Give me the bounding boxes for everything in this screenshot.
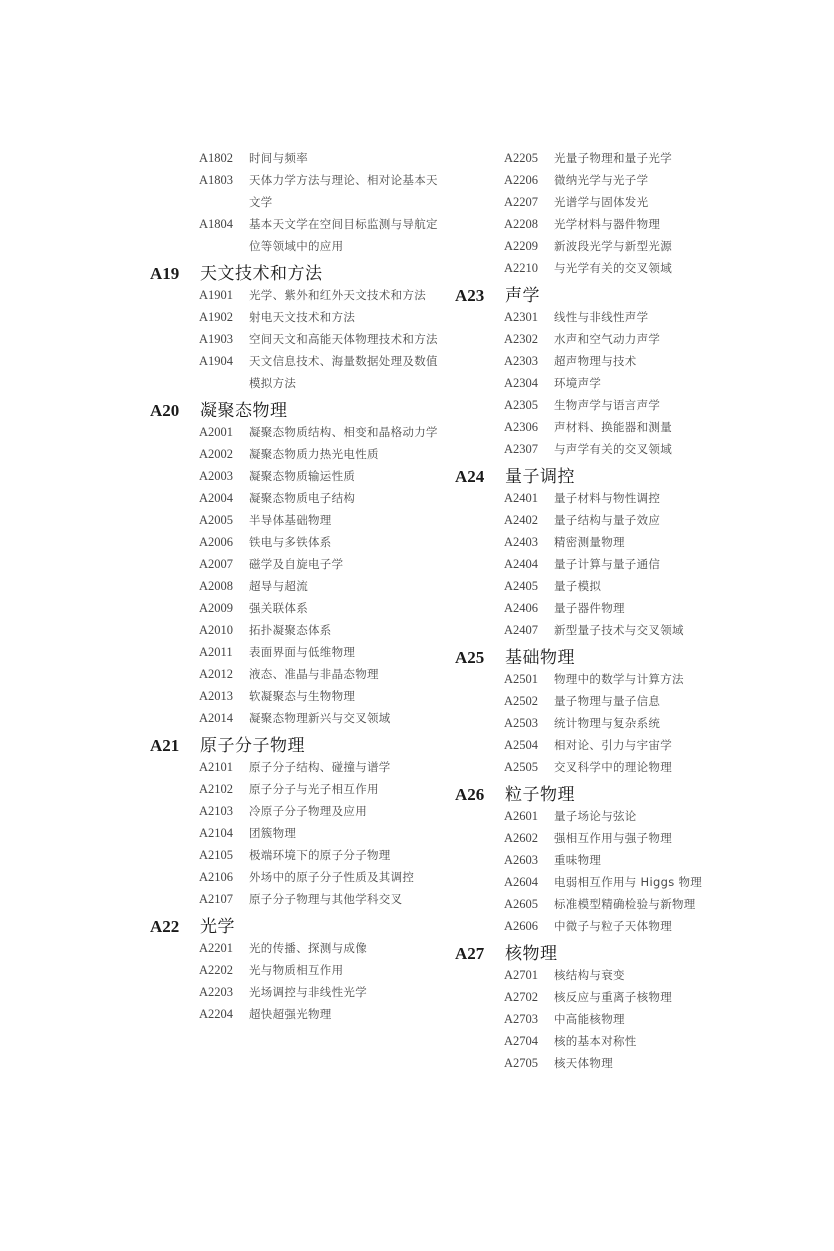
- item-text: 时间与频率: [249, 147, 439, 169]
- list-item: A1904天文信息技术、海量数据处理及数值模拟方法: [150, 350, 450, 394]
- section-heading: A27核物理: [455, 939, 735, 963]
- list-item: A2010拓扑凝聚态体系: [150, 619, 450, 641]
- item-code: A2603: [504, 849, 554, 871]
- list-item: A2203光场调控与非线性光学: [150, 981, 450, 1003]
- item-code: A2606: [504, 915, 554, 937]
- item-code: A2012: [199, 663, 249, 685]
- list-item: A2206微纳光学与光子学: [455, 169, 735, 191]
- item-text: 核结构与衰变: [554, 964, 735, 986]
- item-code: A2307: [504, 438, 554, 460]
- item-code: A2402: [504, 509, 554, 531]
- item-code: A1901: [199, 284, 249, 306]
- item-text: 量子计算与量子通信: [554, 553, 735, 575]
- item-text: 凝聚态物质电子结构: [249, 487, 439, 509]
- item-code: A2002: [199, 443, 249, 465]
- item-text: 冷原子分子物理及应用: [249, 800, 439, 822]
- item-code: A2101: [199, 756, 249, 778]
- item-code: A2010: [199, 619, 249, 641]
- item-text: 光与物质相互作用: [249, 959, 439, 981]
- list-item: A2505交叉科学中的理论物理: [455, 756, 735, 778]
- item-code: A2403: [504, 531, 554, 553]
- item-text: 原子分子与光子相互作用: [249, 778, 439, 800]
- item-text: 精密测量物理: [554, 531, 735, 553]
- item-code: A2605: [504, 893, 554, 915]
- item-text: 新型量子技术与交叉领域: [554, 619, 735, 641]
- list-item: A2012液态、准晶与非晶态物理: [150, 663, 450, 685]
- section-code: A24: [455, 467, 505, 487]
- list-item: A2705核天体物理: [455, 1052, 735, 1074]
- item-text: 原子分子结构、碰撞与谱学: [249, 756, 439, 778]
- item-text: 天体力学方法与理论、相对论基本天文学: [249, 169, 439, 213]
- item-code: A2205: [504, 147, 554, 169]
- item-code: A2210: [504, 257, 554, 279]
- section-heading: A24量子调控: [455, 462, 735, 486]
- item-text: 物理中的数学与计算方法: [554, 668, 735, 690]
- item-code: A2305: [504, 394, 554, 416]
- item-text: 电弱相互作用与 Higgs 物理: [554, 871, 735, 893]
- list-item: A1803天体力学方法与理论、相对论基本天文学: [150, 169, 450, 213]
- list-item: A2002凝聚态物质力热光电性质: [150, 443, 450, 465]
- item-code: A2201: [199, 937, 249, 959]
- list-item: A2201光的传播、探测与成像: [150, 937, 450, 959]
- section-code: A20: [150, 401, 200, 421]
- item-text: 光谱学与固体发光: [554, 191, 735, 213]
- list-item: A1902射电天文技术和方法: [150, 306, 450, 328]
- list-item: A2004凝聚态物质电子结构: [150, 487, 450, 509]
- item-text: 空间天文和高能天体物理技术和方法: [249, 328, 439, 350]
- item-text: 重味物理: [554, 849, 735, 871]
- list-item: A2603重味物理: [455, 849, 735, 871]
- list-item: A2003凝聚态物质输运性质: [150, 465, 450, 487]
- item-text: 拓扑凝聚态体系: [249, 619, 439, 641]
- item-text: 凝聚态物质力热光电性质: [249, 443, 439, 465]
- section-code: A19: [150, 264, 200, 284]
- item-text: 半导体基础物理: [249, 509, 439, 531]
- item-code: A2207: [504, 191, 554, 213]
- item-code: A1802: [199, 147, 249, 169]
- list-item: A2402量子结构与量子效应: [455, 509, 735, 531]
- list-item: A2604电弱相互作用与 Higgs 物理: [455, 871, 735, 893]
- item-code: A2407: [504, 619, 554, 641]
- item-code: A2302: [504, 328, 554, 350]
- item-code: A2105: [199, 844, 249, 866]
- section-heading: A26粒子物理: [455, 780, 735, 804]
- list-item: A2103冷原子分子物理及应用: [150, 800, 450, 822]
- item-code: A2504: [504, 734, 554, 756]
- list-item: A2202光与物质相互作用: [150, 959, 450, 981]
- section-code: A25: [455, 648, 505, 668]
- item-code: A2004: [199, 487, 249, 509]
- section-title: 基础物理: [505, 643, 575, 668]
- list-item: A2406量子器件物理: [455, 597, 735, 619]
- item-code: A2301: [504, 306, 554, 328]
- list-item: A2009强关联体系: [150, 597, 450, 619]
- list-item: A2301线性与非线性声学: [455, 306, 735, 328]
- list-item: A2605标准模型精确检验与新物理: [455, 893, 735, 915]
- item-text: 量子物理与量子信息: [554, 690, 735, 712]
- left-column: A1802时间与频率 A1803天体力学方法与理论、相对论基本天文学 A1804…: [150, 147, 450, 1025]
- item-code: A2602: [504, 827, 554, 849]
- list-item: A2601量子场论与弦论: [455, 805, 735, 827]
- item-code: A2107: [199, 888, 249, 910]
- section-title: 粒子物理: [505, 780, 575, 805]
- section-title: 核物理: [505, 939, 558, 964]
- item-text: 极端环境下的原子分子物理: [249, 844, 439, 866]
- list-item: A2307与声学有关的交叉领域: [455, 438, 735, 460]
- list-item: A2207光谱学与固体发光: [455, 191, 735, 213]
- item-text: 相对论、引力与宇宙学: [554, 734, 735, 756]
- list-item: A2013软凝聚态与生物物理: [150, 685, 450, 707]
- list-item: A2703中高能核物理: [455, 1008, 735, 1030]
- section-heading: A19天文技术和方法: [150, 259, 450, 283]
- item-text: 统计物理与复杂系统: [554, 712, 735, 734]
- list-item: A2014凝聚态物理新兴与交叉领域: [150, 707, 450, 729]
- item-text: 软凝聚态与生物物理: [249, 685, 439, 707]
- list-item: A2701核结构与衰变: [455, 964, 735, 986]
- item-code: A2703: [504, 1008, 554, 1030]
- item-text: 超快超强光物理: [249, 1003, 439, 1025]
- list-item: A2107原子分子物理与其他学科交叉: [150, 888, 450, 910]
- list-item: A2606中微子与粒子天体物理: [455, 915, 735, 937]
- section-code: A26: [455, 785, 505, 805]
- section-code: A21: [150, 736, 200, 756]
- list-item: A2401量子材料与物性调控: [455, 487, 735, 509]
- item-text: 量子场论与弦论: [554, 805, 735, 827]
- item-text: 凝聚态物理新兴与交叉领域: [249, 707, 439, 729]
- section-code: A23: [455, 286, 505, 306]
- list-item: A2105极端环境下的原子分子物理: [150, 844, 450, 866]
- list-item: A2205光量子物理和量子光学: [455, 147, 735, 169]
- item-text: 铁电与多铁体系: [249, 531, 439, 553]
- item-code: A2103: [199, 800, 249, 822]
- section-heading: A22光学: [150, 912, 450, 936]
- item-text: 外场中的原子分子性质及其调控: [249, 866, 439, 888]
- item-text: 核天体物理: [554, 1052, 735, 1074]
- item-code: A1904: [199, 350, 249, 372]
- item-code: A2701: [504, 964, 554, 986]
- list-item: A2304环境声学: [455, 372, 735, 394]
- list-item: A2104团簇物理: [150, 822, 450, 844]
- item-code: A2011: [199, 641, 249, 663]
- list-item: A1901光学、紫外和红外天文技术和方法: [150, 284, 450, 306]
- item-text: 光学、紫外和红外天文技术和方法: [249, 284, 439, 306]
- item-text: 表面界面与低维物理: [249, 641, 439, 663]
- item-text: 天文信息技术、海量数据处理及数值模拟方法: [249, 350, 439, 394]
- list-item: A2403精密测量物理: [455, 531, 735, 553]
- right-column: A2205光量子物理和量子光学 A2206微纳光学与光子学 A2207光谱学与固…: [455, 147, 735, 1074]
- section-heading: A21原子分子物理: [150, 731, 450, 755]
- item-text: 超声物理与技术: [554, 350, 735, 372]
- list-item: A2303超声物理与技术: [455, 350, 735, 372]
- item-code: A2304: [504, 372, 554, 394]
- item-code: A2406: [504, 597, 554, 619]
- item-text: 量子结构与量子效应: [554, 509, 735, 531]
- item-text: 核反应与重离子核物理: [554, 986, 735, 1008]
- item-code: A2303: [504, 350, 554, 372]
- list-item: A2006铁电与多铁体系: [150, 531, 450, 553]
- section-heading: A25基础物理: [455, 643, 735, 667]
- item-code: A2001: [199, 421, 249, 443]
- list-item: A1804基本天文学在空间目标监测与导航定位等领域中的应用: [150, 213, 450, 257]
- list-item: A2503统计物理与复杂系统: [455, 712, 735, 734]
- item-code: A1902: [199, 306, 249, 328]
- item-text: 凝聚态物质输运性质: [249, 465, 439, 487]
- item-code: A1804: [199, 213, 249, 235]
- item-code: A2008: [199, 575, 249, 597]
- item-text: 强相互作用与强子物理: [554, 827, 735, 849]
- item-text: 水声和空气动力声学: [554, 328, 735, 350]
- list-item: A2302水声和空气动力声学: [455, 328, 735, 350]
- list-item: A2306声材料、换能器和测量: [455, 416, 735, 438]
- item-text: 团簇物理: [249, 822, 439, 844]
- item-text: 线性与非线性声学: [554, 306, 735, 328]
- item-code: A2202: [199, 959, 249, 981]
- item-code: A2405: [504, 575, 554, 597]
- item-code: A1903: [199, 328, 249, 350]
- item-text: 超导与超流: [249, 575, 439, 597]
- list-item: A2204超快超强光物理: [150, 1003, 450, 1025]
- list-item: A2602强相互作用与强子物理: [455, 827, 735, 849]
- item-text: 环境声学: [554, 372, 735, 394]
- item-text: 标准模型精确检验与新物理: [554, 893, 735, 915]
- list-item: A2305生物声学与语言声学: [455, 394, 735, 416]
- list-item: A2208光学材料与器件物理: [455, 213, 735, 235]
- item-text: 强关联体系: [249, 597, 439, 619]
- item-code: A2401: [504, 487, 554, 509]
- section-title: 量子调控: [505, 462, 575, 487]
- item-code: A2102: [199, 778, 249, 800]
- item-text: 光量子物理和量子光学: [554, 147, 735, 169]
- section-title: 凝聚态物理: [200, 396, 288, 421]
- item-code: A2501: [504, 668, 554, 690]
- item-text: 与光学有关的交叉领域: [554, 257, 735, 279]
- item-text: 微纳光学与光子学: [554, 169, 735, 191]
- item-code: A2003: [199, 465, 249, 487]
- item-text: 声材料、换能器和测量: [554, 416, 735, 438]
- list-item: A2106外场中的原子分子性质及其调控: [150, 866, 450, 888]
- item-code: A2704: [504, 1030, 554, 1052]
- list-item: A2209新波段光学与新型光源: [455, 235, 735, 257]
- section-heading: A20凝聚态物理: [150, 396, 450, 420]
- item-code: A2601: [504, 805, 554, 827]
- item-text: 核的基本对称性: [554, 1030, 735, 1052]
- list-item: A2404量子计算与量子通信: [455, 553, 735, 575]
- item-text: 生物声学与语言声学: [554, 394, 735, 416]
- item-code: A2204: [199, 1003, 249, 1025]
- list-item: A2210与光学有关的交叉领域: [455, 257, 735, 279]
- item-code: A2106: [199, 866, 249, 888]
- section-title: 声学: [505, 281, 540, 306]
- item-code: A2013: [199, 685, 249, 707]
- list-item: A2504相对论、引力与宇宙学: [455, 734, 735, 756]
- list-item: A2102原子分子与光子相互作用: [150, 778, 450, 800]
- section-code: A22: [150, 917, 200, 937]
- item-code: A2503: [504, 712, 554, 734]
- item-code: A2702: [504, 986, 554, 1008]
- item-code: A1803: [199, 169, 249, 191]
- item-text: 光的传播、探测与成像: [249, 937, 439, 959]
- list-item: A2007磁学及自旋电子学: [150, 553, 450, 575]
- item-code: A2209: [504, 235, 554, 257]
- list-item: A2407新型量子技术与交叉领域: [455, 619, 735, 641]
- item-text: 液态、准晶与非晶态物理: [249, 663, 439, 685]
- section-code: A27: [455, 944, 505, 964]
- item-text: 与声学有关的交叉领域: [554, 438, 735, 460]
- item-text: 光学材料与器件物理: [554, 213, 735, 235]
- item-code: A2009: [199, 597, 249, 619]
- section-heading: A23声学: [455, 281, 735, 305]
- item-code: A2604: [504, 871, 554, 893]
- item-text: 新波段光学与新型光源: [554, 235, 735, 257]
- item-text: 基本天文学在空间目标监测与导航定位等领域中的应用: [249, 213, 439, 257]
- item-code: A2014: [199, 707, 249, 729]
- item-text: 光场调控与非线性光学: [249, 981, 439, 1003]
- list-item: A2101原子分子结构、碰撞与谱学: [150, 756, 450, 778]
- item-code: A2007: [199, 553, 249, 575]
- item-code: A2505: [504, 756, 554, 778]
- item-text: 射电天文技术和方法: [249, 306, 439, 328]
- item-code: A2404: [504, 553, 554, 575]
- list-item: A2702核反应与重离子核物理: [455, 986, 735, 1008]
- item-text: 量子材料与物性调控: [554, 487, 735, 509]
- item-text: 凝聚态物质结构、相变和晶格动力学: [249, 421, 439, 443]
- section-title: 原子分子物理: [200, 731, 305, 756]
- item-text: 量子器件物理: [554, 597, 735, 619]
- item-code: A2203: [199, 981, 249, 1003]
- section-title: 光学: [200, 912, 235, 937]
- list-item: A2011表面界面与低维物理: [150, 641, 450, 663]
- list-item: A2405量子模拟: [455, 575, 735, 597]
- item-code: A2306: [504, 416, 554, 438]
- list-item: A2001凝聚态物质结构、相变和晶格动力学: [150, 421, 450, 443]
- list-item: A1802时间与频率: [150, 147, 450, 169]
- item-text: 中微子与粒子天体物理: [554, 915, 735, 937]
- item-text: 原子分子物理与其他学科交叉: [249, 888, 439, 910]
- item-code: A2705: [504, 1052, 554, 1074]
- list-item: A2008超导与超流: [150, 575, 450, 597]
- list-item: A2502量子物理与量子信息: [455, 690, 735, 712]
- item-text: 中高能核物理: [554, 1008, 735, 1030]
- item-code: A2206: [504, 169, 554, 191]
- list-item: A2501物理中的数学与计算方法: [455, 668, 735, 690]
- item-code: A2005: [199, 509, 249, 531]
- item-text: 磁学及自旋电子学: [249, 553, 439, 575]
- list-item: A1903空间天文和高能天体物理技术和方法: [150, 328, 450, 350]
- item-code: A2006: [199, 531, 249, 553]
- list-item: A2005半导体基础物理: [150, 509, 450, 531]
- section-title: 天文技术和方法: [200, 259, 323, 284]
- item-code: A2208: [504, 213, 554, 235]
- list-item: A2704核的基本对称性: [455, 1030, 735, 1052]
- item-text: 交叉科学中的理论物理: [554, 756, 735, 778]
- item-text: 量子模拟: [554, 575, 735, 597]
- item-code: A2104: [199, 822, 249, 844]
- item-code: A2502: [504, 690, 554, 712]
